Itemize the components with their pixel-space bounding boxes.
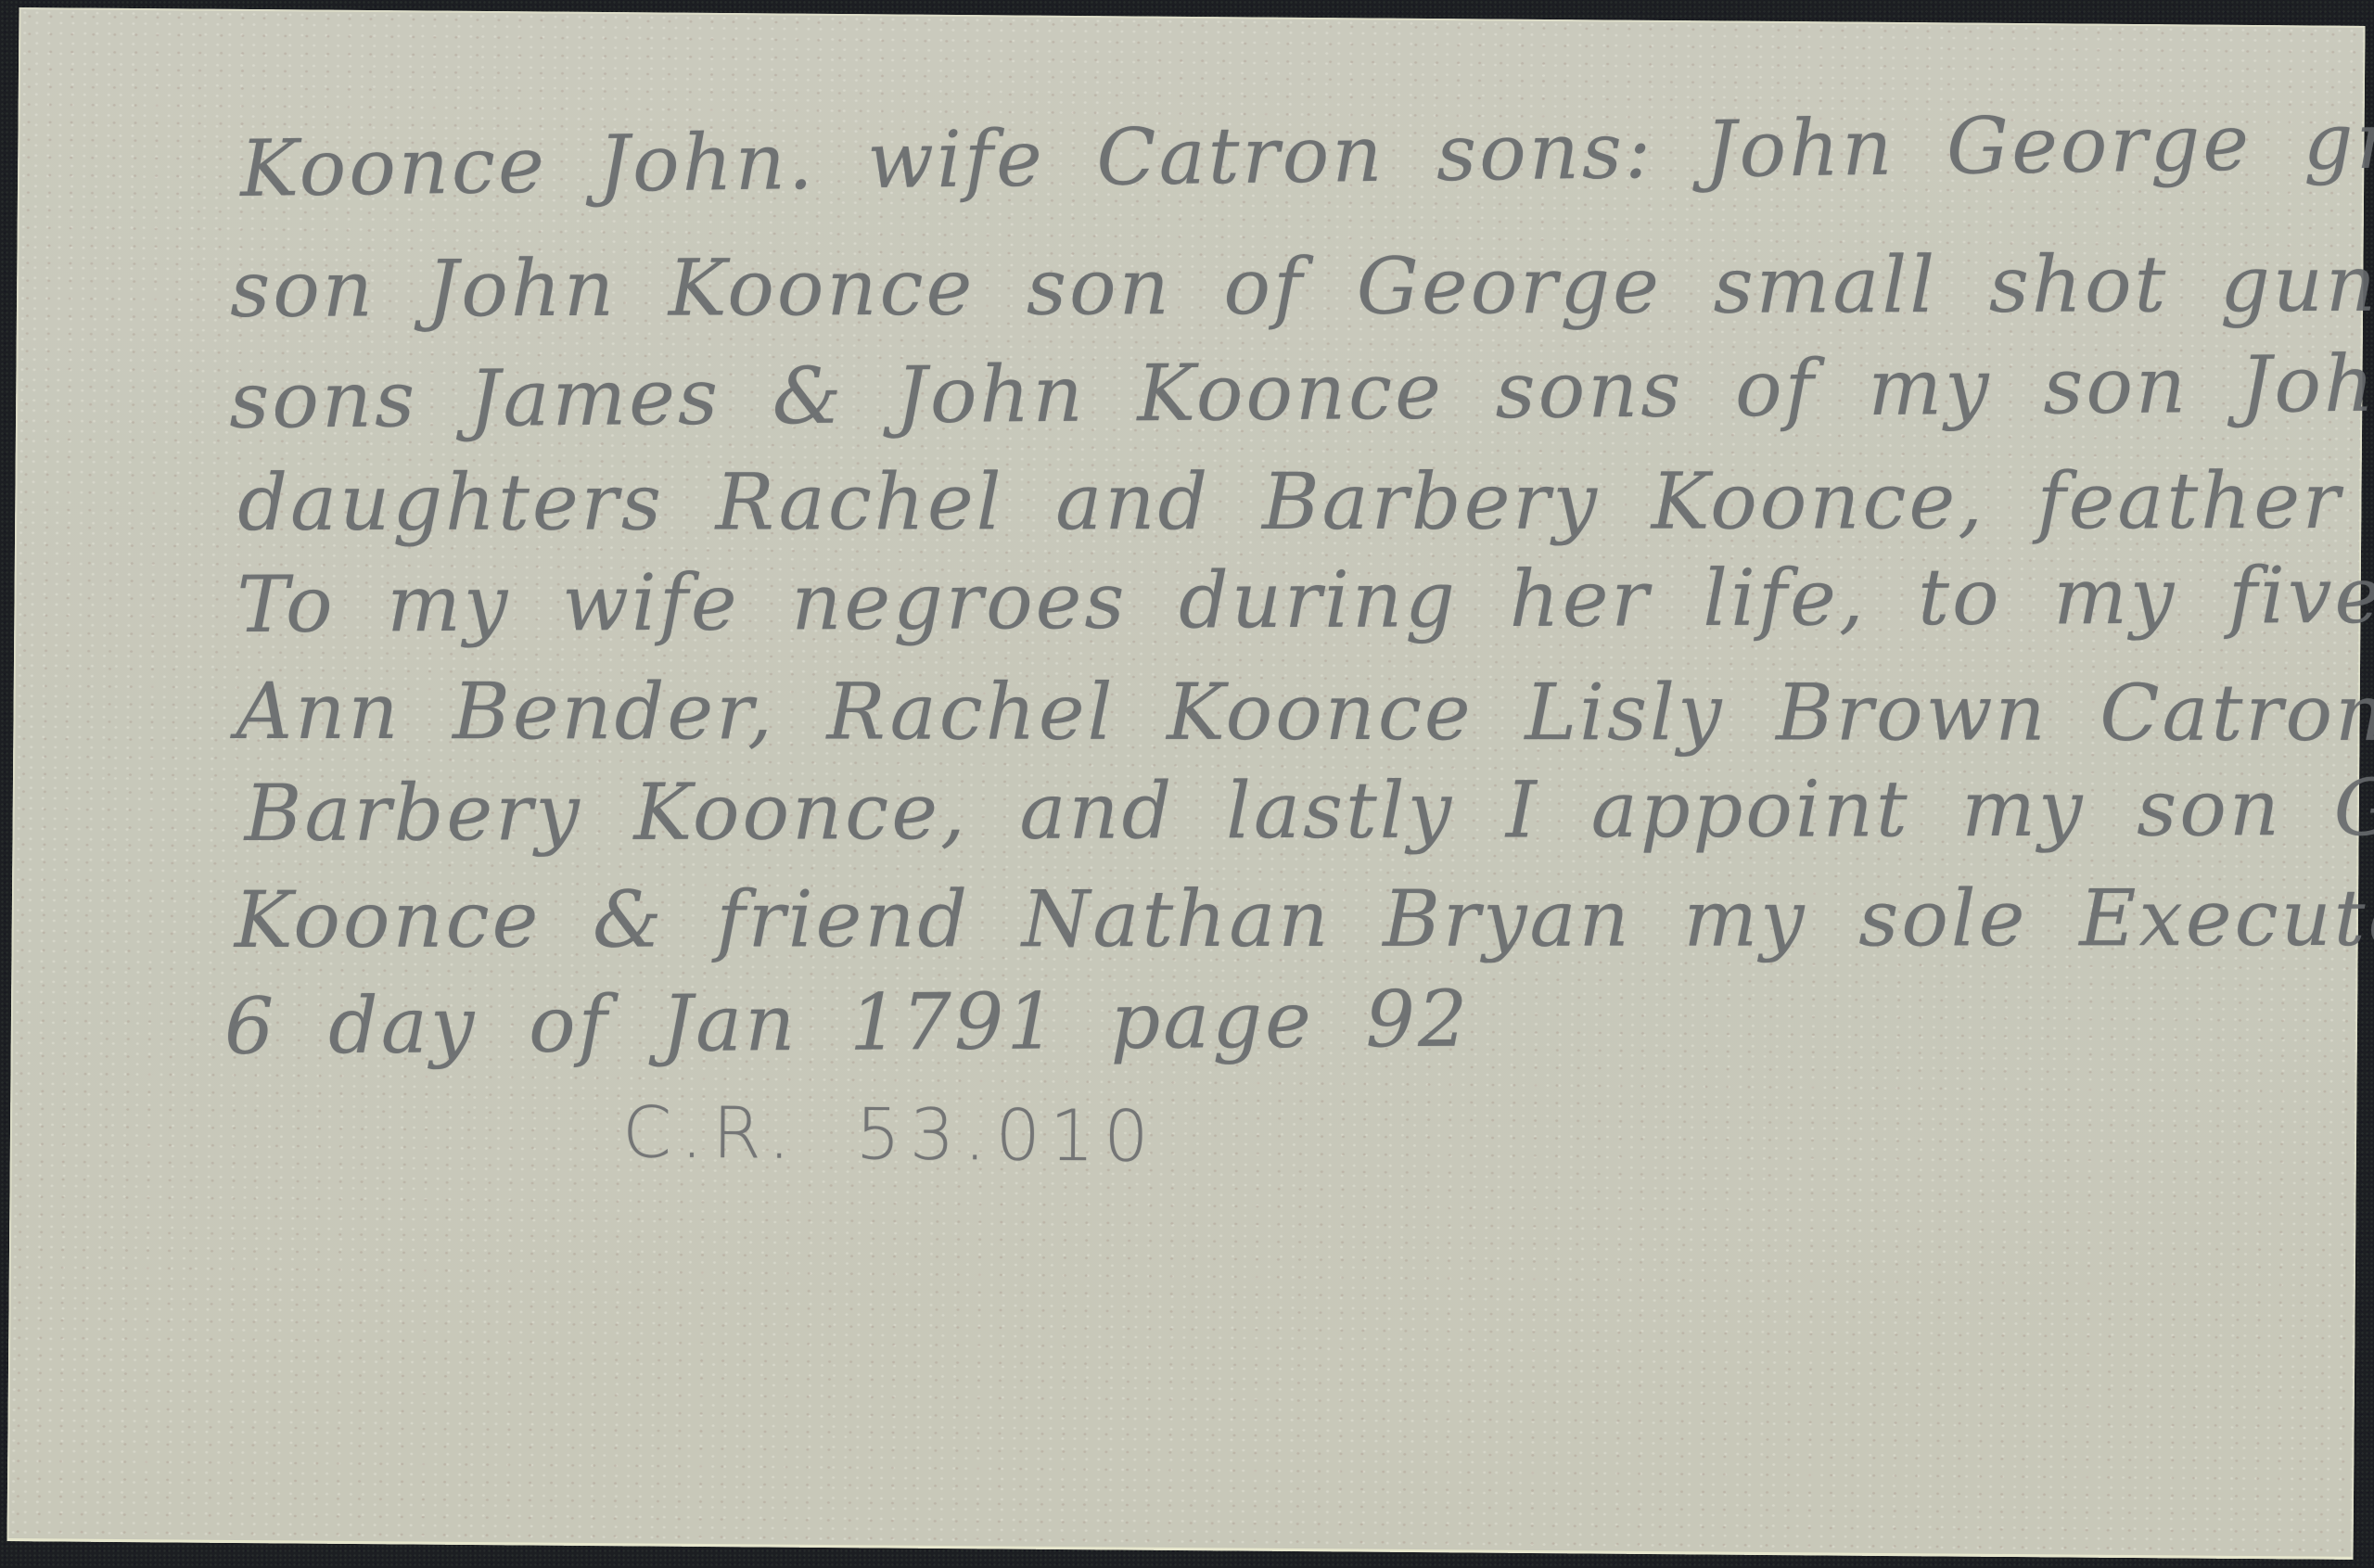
date-line: 6 day of Jan 1791 page 92 xyxy=(224,980,1471,1065)
text-line-5: To my wife negroes during her life, to m… xyxy=(236,555,2374,644)
document-paper: Koonce John. wife Catron sons: John Geor… xyxy=(7,7,2366,1560)
text-line-7: Barbery Koonce, and lastly I appoint my … xyxy=(245,768,2374,852)
text-line-4: daughters Rachel and Barbery Koonce, fea… xyxy=(237,461,2374,542)
text-line-3: sons James & John Koonce sons of my son … xyxy=(229,341,2374,440)
text-line-2: son John Koonce son of George small shot… xyxy=(230,243,2374,328)
text-line-8: Koonce & friend Nathan Bryan my sole Exe… xyxy=(235,879,2374,959)
handwritten-text-block: Koonce John. wife Catron sons: John Geor… xyxy=(223,111,2355,128)
catalog-reference: C.R. 53.010 xyxy=(622,1097,1158,1172)
text-line-6: Ann Bender, Rachel Koonce Lisly Brown Ca… xyxy=(236,672,2374,753)
text-line-1: Koonce John. wife Catron sons: John Geor… xyxy=(240,99,2374,208)
